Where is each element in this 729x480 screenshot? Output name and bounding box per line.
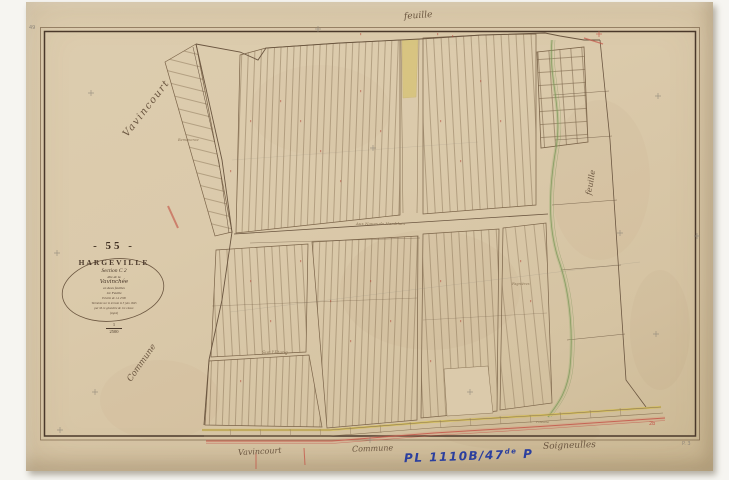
scanned-cadastral-map: - 55 - HARGEVILLE Section C 2 dite de la… <box>0 0 729 480</box>
corner-note-pencil: P. 3 <box>682 441 691 447</box>
cartouche: - 55 - HARGEVILLE Section C 2 dite de la… <box>62 240 166 334</box>
commune-label-bottom: Commune <box>352 443 393 453</box>
scale-denominator: 2500 <box>110 329 119 334</box>
corridor-road <box>401 39 419 213</box>
note-line2: par M. le géomètre de 1re classe <box>62 306 166 310</box>
echelle-line: Echelle de 1 à 2500 <box>62 296 166 300</box>
lieu-dit-label: Fagnières <box>512 282 530 286</box>
sheet-number: - 55 - <box>62 240 166 252</box>
archive-ref-sup: de <box>504 447 517 455</box>
scale-fraction: 1 2500 <box>62 323 166 334</box>
corner-note-red: 2b <box>649 421 655 427</box>
lieu-dit-label: Fontaine <box>536 420 549 424</box>
archive-ref-suffix: P <box>523 447 534 461</box>
feuilles-line: en deux feuilles <box>62 286 166 290</box>
section-line: Section C 2 <box>62 268 166 274</box>
note-line1: Terminée sur le terrain le 3 juin 1845 <box>62 301 166 305</box>
section-name: Vavinchée <box>62 279 166 285</box>
note-line3: (signé) <box>62 311 166 315</box>
neighbor-label-soigneulles: Soigneulles <box>543 440 596 452</box>
sheet-note-top: feuille <box>404 10 433 22</box>
scale-numerator: 1 <box>113 322 115 327</box>
lieu-dit-label: Sur l'Etang <box>262 351 288 356</box>
corner-note-top-left: 49 <box>29 25 35 31</box>
lieu-dit-label: Remanence <box>178 138 199 142</box>
lieu-dit-label: Aux Noues de Hamblain <box>356 221 405 226</box>
feuille-line: 1re Feuille <box>62 291 166 295</box>
commune-name: HARGEVILLE <box>62 258 166 267</box>
